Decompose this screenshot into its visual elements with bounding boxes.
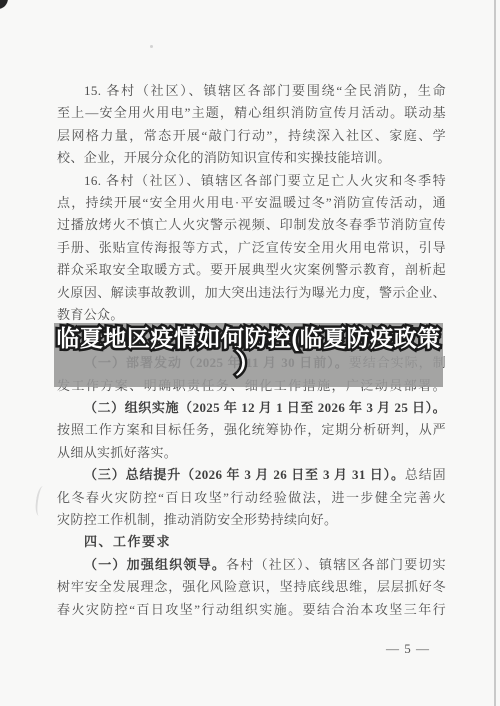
doc-line: （二）组织实施（2025 年 12 月 1 日至 2026 年 3 月 25 日… [57, 397, 446, 419]
doc-section-heading: 四、工作要求 [57, 531, 446, 553]
page-number: — 5 — [386, 641, 430, 657]
doc-line: 化冬春火灾防控“百日攻坚”行动经验做法，进一步健全完善火 [57, 487, 446, 509]
overlay-banner-title-line2: ） [54, 347, 443, 381]
doc-line: 15. 各村（社区）、镇辖区各部门要围绕“全民消防，生命 [57, 80, 446, 102]
scan-corner-mark [0, 0, 8, 9]
doc-line: 校、企业，开展分众化的消防知识宣传和实操技能培训。 [57, 147, 446, 169]
doc-line: 灾防控工作机制，推动消防安全形势持续向好。 [57, 509, 446, 531]
doc-line: 手册、张贴宣传海报等方式，广泛宣传安全用火用电常识，引导 [57, 237, 446, 259]
doc-line: 群众采取安全取暖方式。要开展典型火灾案例警示教育，剖析起 [57, 259, 446, 281]
doc-line: 点，持续开展“安全用火用电·平安温暖过冬”消防宣传活动，通 [57, 192, 446, 214]
scanned-document-page: 15. 各村（社区）、镇辖区各部门要围绕“全民消防，生命 至上—安全用火用电”主… [0, 0, 500, 706]
doc-line: 火原因、解读事故教训，加大突出违法行为曝光力度，警示企业、 [57, 282, 446, 304]
scan-edge-line [494, 0, 496, 706]
doc-line: 树牢安全发展理念，强化风险意识，坚持底线思维，层层抓好冬 [57, 576, 446, 598]
doc-line: 16. 各村（社区）、镇辖区各部门要立足亡人火灾和冬季特 [57, 170, 446, 192]
doc-line: 春火灾防控“百日攻坚”行动组织实施。要结合治本攻坚三年行 [57, 599, 446, 621]
doc-line: 从细从实抓好落实。 [57, 442, 446, 464]
doc-line: （一）加强组织领导。各村（社区）、镇辖区各部门要切实 [57, 554, 446, 576]
doc-line: 层网格力量，常态开展“敲门行动”，持续深入社区、家庭、学 [57, 125, 446, 147]
doc-line: 至上—安全用火用电”主题，精心组织消防宣传月活动。联动基 [57, 102, 446, 124]
doc-line: 过播放烤火不慎亡人火灾警示视频、印制发放冬春季节消防宣传 [57, 214, 446, 236]
overlay-banner: 临夏地区疫情如何防控(临夏防疫政策 ） [54, 323, 443, 387]
doc-line: 按照工作方案和目标任务，强化统筹协作，定期分析研判，从严 [57, 419, 446, 441]
scan-ghost-mark [34, 485, 48, 516]
scan-speck [150, 45, 153, 48]
doc-line: （三）总结提升（2026 年 3 月 26 日至 3 月 31 日）。总结固 [57, 464, 446, 486]
